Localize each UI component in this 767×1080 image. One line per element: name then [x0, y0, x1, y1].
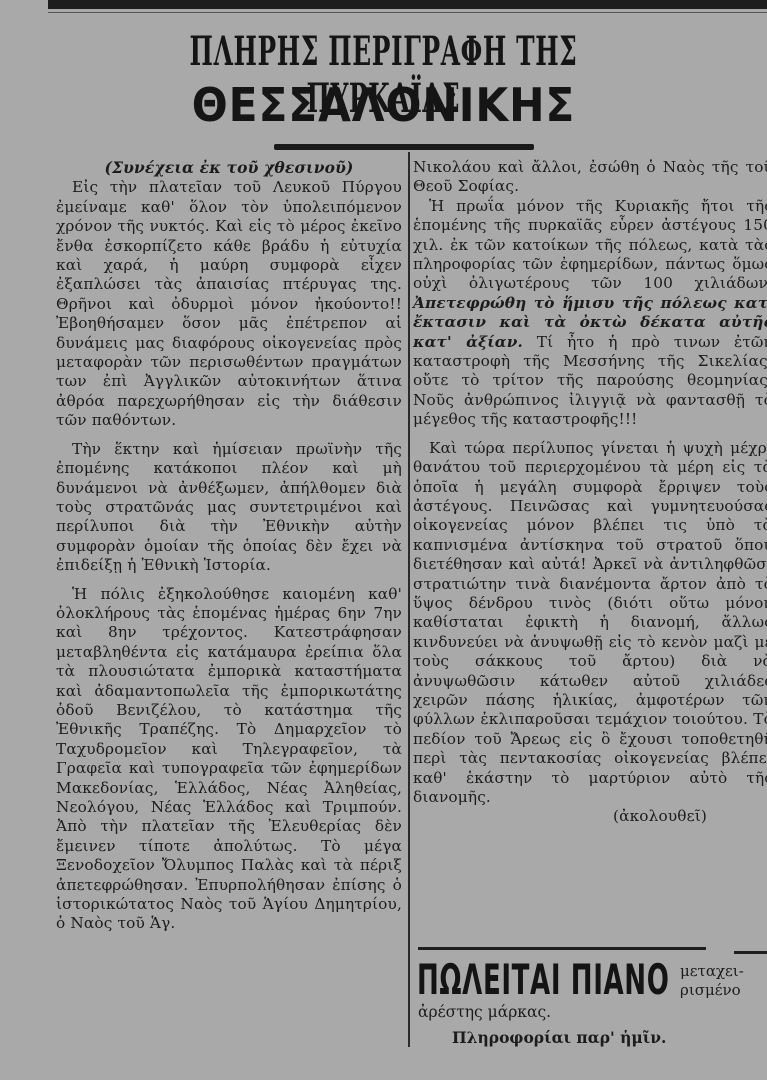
- article-paragraph: Ἡ πρωΐα μόνον τῆς Κυριακῆς ἤτοι τῆς ἑπομ…: [413, 197, 767, 430]
- article-paragraph: Εἰς τὴν πλατεῖαν τοῦ Λευκοῦ Πύργου ἐμείν…: [56, 178, 402, 430]
- article-paragraph: Ἡ πόλις ἐξηκολούθησε καιομένη καθ' ὁλοκλ…: [56, 585, 402, 934]
- advertisement-line-1: ἀρέστης μάρκας.: [418, 1003, 551, 1021]
- article-left-column: (Συνέχεια ἐκ τοῦ χθεσινοῦ) Εἰς τὴν πλατε…: [56, 158, 402, 934]
- advertisement-top-rule-right: [734, 951, 767, 954]
- title-underline-rule: [274, 144, 534, 150]
- article-paragraph: Νικολάου καὶ ἄλλοι, ἐσώθη ὁ Ναὸς τῆς τοῦ…: [413, 158, 767, 197]
- top-border-rule: [48, 0, 767, 9]
- top-border-thin-rule: [48, 12, 767, 13]
- advertisement-side-line: ρισμένο: [680, 981, 744, 1000]
- advertisement-side-line: μεταχει-: [680, 962, 744, 981]
- article-paragraph: Τὴν ἕκτην καὶ ἡμίσειαν πρωϊνὴν τῆς ἑπομέ…: [56, 440, 402, 576]
- advertisement-title: ΠΩΛΕΙΤΑΙ ΠΙΑΝΟ: [417, 955, 669, 1004]
- advertisement-line-2: Πληροφορίαι παρ' ἡμῖν.: [452, 1028, 666, 1047]
- article-kicker: (Συνέχεια ἐκ τοῦ χθεσινοῦ): [56, 158, 402, 177]
- paragraph-text: Ἡ πρωΐα μόνον τῆς Κυριακῆς ἤτοι τῆς ἑπομ…: [413, 197, 767, 293]
- article-right-column: Νικολάου καὶ ἄλλοι, ἐσώθη ὁ Ναὸς τῆς τοῦ…: [413, 158, 767, 827]
- article-paragraph: Καὶ τώρα περίλυπος γίνεται ἡ ψυχὴ μέχρι …: [413, 439, 767, 808]
- headline-line-2: ΘΕΣΣΑΛΟΝΙΚΗΣ: [31, 78, 737, 132]
- advertisement-top-rule: [418, 947, 706, 950]
- advertisement-side-text: μεταχει- ρισμένο: [680, 962, 744, 1000]
- column-divider: [408, 152, 410, 1047]
- continued-label: (ἀκολουθεῖ): [413, 807, 767, 826]
